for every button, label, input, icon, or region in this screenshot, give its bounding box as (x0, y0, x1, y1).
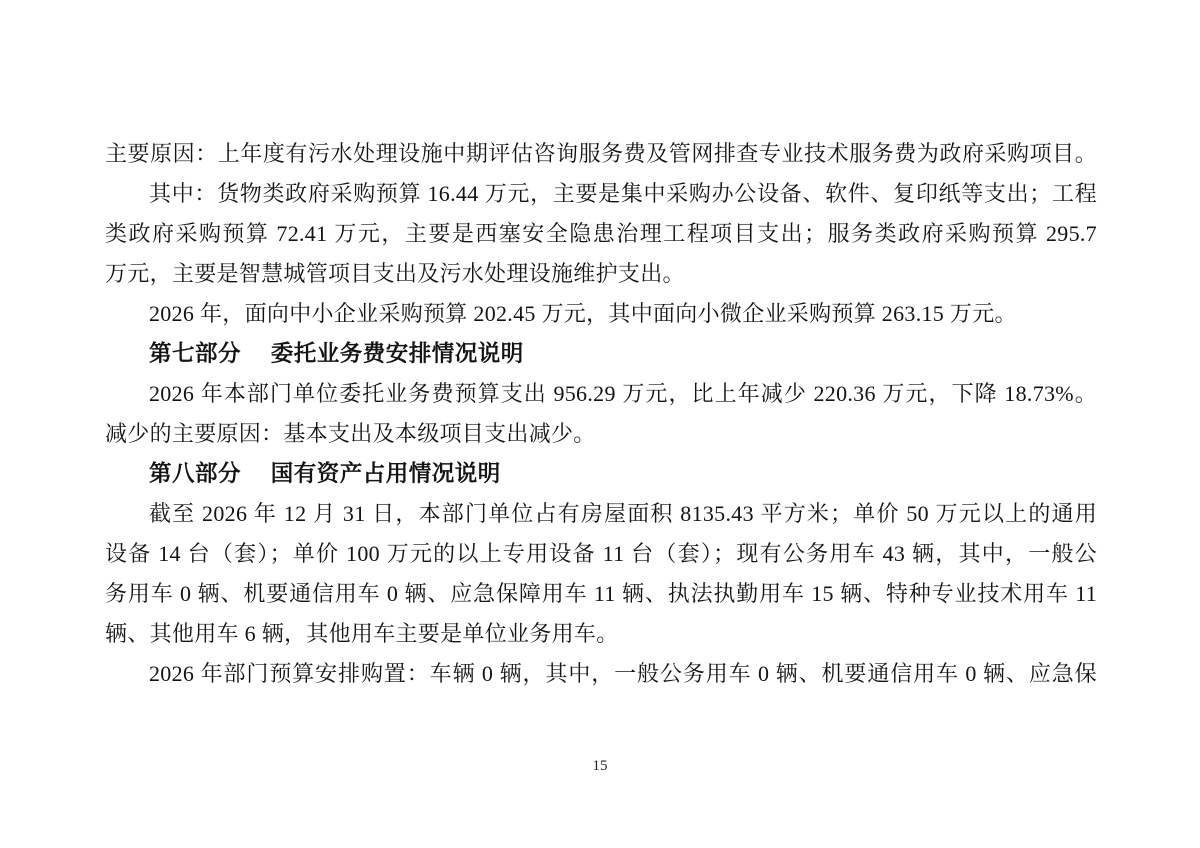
text-line: 务用车 0 辆、机要通信用车 0 辆、应急保障用车 11 辆、执法执勤用车 15… (105, 574, 1097, 614)
text-line: 2026 年部门预算安排购置：车辆 0 辆，其中，一般公务用车 0 辆、机要通信… (105, 654, 1097, 694)
page-number: 15 (0, 756, 1200, 776)
text-line: 类政府采购预算 72.41 万元，主要是西塞安全隐患治理工程项目支出；服务类政府… (105, 214, 1097, 254)
text-line: 辆、其他用车 6 辆，其他用车主要是单位业务用车。 (105, 614, 1097, 654)
text-line: 设备 14 台（套）；单价 100 万元的以上专用设备 11 台（套）；现有公务… (105, 534, 1097, 574)
text-line: 截至 2026 年 12 月 31 日，本部门单位占有房屋面积 8135.43 … (105, 494, 1097, 534)
document-page: 主要原因：上年度有污水处理设施中期评估咨询服务费及管网排查专业技术服务费为政府采… (0, 0, 1200, 848)
document-body: 主要原因：上年度有污水处理设施中期评估咨询服务费及管网排查专业技术服务费为政府采… (105, 134, 1097, 694)
section-heading: 第七部分 委托业务费安排情况说明 (105, 334, 1097, 374)
text-line: 其中：货物类政府采购预算 16.44 万元，主要是集中采购办公设备、软件、复印纸… (105, 174, 1097, 214)
text-line: 减少的主要原因：基本支出及本级项目支出减少。 (105, 414, 1097, 454)
text-line: 主要原因：上年度有污水处理设施中期评估咨询服务费及管网排查专业技术服务费为政府采… (105, 134, 1097, 174)
text-line: 2026 年本部门单位委托业务费预算支出 956.29 万元，比上年减少 220… (105, 374, 1097, 414)
section-heading: 第八部分 国有资产占用情况说明 (105, 454, 1097, 494)
text-line: 2026 年，面向中小企业采购预算 202.45 万元，其中面向小微企业采购预算… (105, 294, 1097, 334)
text-line: 万元，主要是智慧城管项目支出及污水处理设施维护支出。 (105, 254, 1097, 294)
